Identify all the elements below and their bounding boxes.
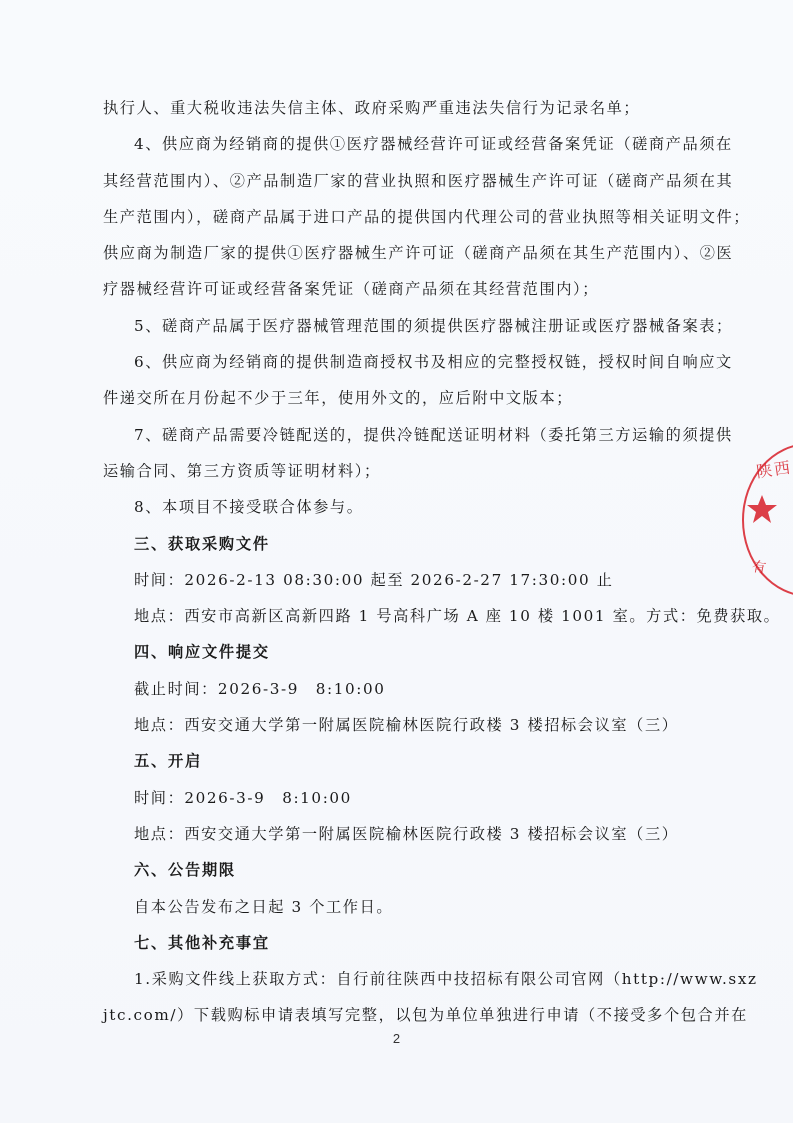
item-4-line-3: 生产范围内），磋商产品属于进口产品的提供国内代理公司的营业执照等相关证明文件； xyxy=(103,205,701,241)
notice-period: 自本公告发布之日起 3 个工作日。 xyxy=(103,895,701,931)
section-heading-other-matters: 七、其他补充事宜 xyxy=(103,931,701,967)
opening-location: 地点：西安交通大学第一附属医院榆林医院行政楼 3 楼招标会议室（三） xyxy=(103,822,701,858)
obtain-time: 时间：2026-2-13 08:30:00 起至 2026-2-27 17:30… xyxy=(103,568,701,604)
item-4-line-1: 4、供应商为经销商的提供①医疗器械经营许可证或经营备案凭证（磋商产品须在 xyxy=(103,132,701,168)
item-4-line-4: 供应商为制造厂家的提供①医疗器械生产许可证（磋商产品须在其生产范围内）、②医 xyxy=(103,241,701,277)
page-number: 2 xyxy=(0,1031,793,1046)
submission-deadline: 截止时间：2026-3-9 8:10:00 xyxy=(103,677,701,713)
item-4-line-2: 其经营范围内）、②产品制造厂家的营业执照和医疗器械生产许可证（磋商产品须在其 xyxy=(103,169,701,205)
item-8: 8、本项目不接受联合体参与。 xyxy=(103,495,701,531)
section-heading-opening: 五、开启 xyxy=(103,749,701,785)
document-page: 执行人、重大税收违法失信主体、政府采购严重违法失信行为记录名单； 4、供应商为经… xyxy=(0,0,793,1123)
item-6-line-1: 6、供应商为经销商的提供制造商授权书及相应的完整授权链，授权时间自响应文 xyxy=(103,350,701,386)
item-7-line-1: 7、磋商产品需要冷链配送的，提供冷链配送证明材料（委托第三方运输的须提供 xyxy=(103,423,701,459)
submission-location: 地点：西安交通大学第一附属医院榆林医院行政楼 3 楼招标会议室（三） xyxy=(103,713,701,749)
item-5: 5、磋商产品属于医疗器械管理范围的须提供医疗器械注册证或医疗器械备案表； xyxy=(103,314,701,350)
star-icon xyxy=(746,493,778,525)
official-seal: 陕西 有 xyxy=(742,443,793,597)
seal-text-top: 陕西 xyxy=(755,455,793,483)
section-heading-submission: 四、响应文件提交 xyxy=(103,640,701,676)
item-7-line-2: 运输合同、第三方资质等证明材料）； xyxy=(103,459,701,495)
other-matter-1-line-1: 1.采购文件线上获取方式：自行前往陕西中技招标有限公司官网（http://www… xyxy=(103,967,701,1003)
body-line-1: 执行人、重大税收违法失信主体、政府采购严重违法失信行为记录名单； xyxy=(103,96,701,132)
seal-text-bottom: 有 xyxy=(750,556,767,578)
section-heading-notice-period: 六、公告期限 xyxy=(103,858,701,894)
document-body: 执行人、重大税收违法失信主体、政府采购严重违法失信行为记录名单； 4、供应商为经… xyxy=(103,96,701,1040)
item-4-line-5: 疗器械经营许可证或经营备案凭证（磋商产品须在其经营范围内）； xyxy=(103,277,701,313)
opening-time: 时间：2026-3-9 8:10:00 xyxy=(103,786,701,822)
obtain-location: 地点：西安市高新区高新四路 1 号高科广场 A 座 10 楼 1001 室。方式… xyxy=(103,604,701,640)
section-heading-obtain-documents: 三、获取采购文件 xyxy=(103,532,701,568)
item-6-line-2: 件递交所在月份起不少于三年，使用外文的，应后附中文版本； xyxy=(103,386,701,422)
